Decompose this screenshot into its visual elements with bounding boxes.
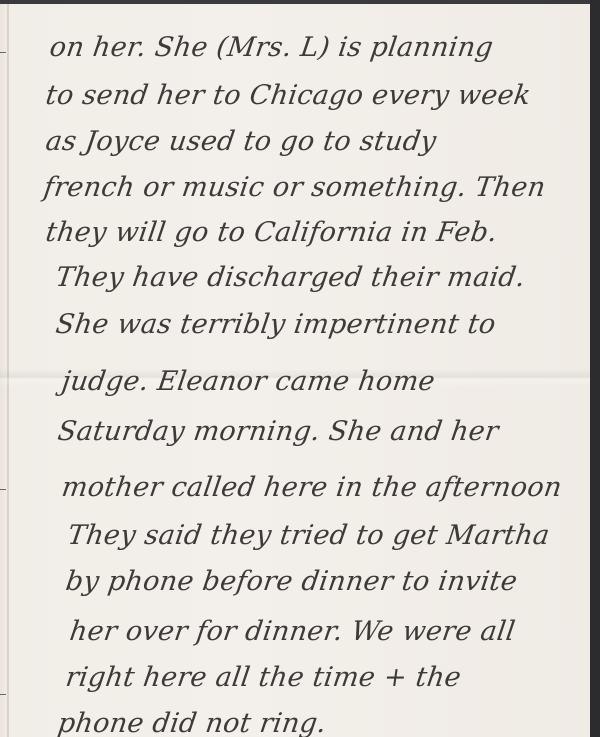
handwritten-line: as Joyce used to go to study: [44, 126, 439, 157]
letter-page: on her. She (Mrs. L) is planning to send…: [0, 4, 590, 737]
handwritten-line: phone did not ring.: [56, 708, 329, 737]
handwritten-line: her over for dinner. We were all: [68, 616, 517, 647]
handwritten-line: They have discharged their maid.: [54, 262, 527, 293]
handwritten-line: on her. She (Mrs. L) is planning: [48, 32, 495, 63]
handwritten-line: by phone before dinner to invite: [64, 566, 520, 597]
margin-mark: [0, 52, 6, 53]
handwritten-line: judge. Eleanor came home: [60, 366, 437, 397]
handwritten-line: Saturday morning. She and her: [56, 416, 501, 447]
handwritten-line: right here all the time + the: [64, 662, 463, 693]
scan-border: [590, 0, 600, 737]
margin-mark: [0, 489, 6, 490]
handwritten-line: to send her to Chicago every week: [44, 80, 533, 111]
margin-mark: [0, 694, 6, 695]
handwritten-line: mother called here in the afternoon: [60, 472, 564, 503]
handwritten-line: they will go to California in Feb.: [44, 217, 500, 248]
handwritten-line: french or music or something. Then: [42, 172, 548, 203]
handwritten-line: They said they tried to get Martha: [66, 520, 552, 551]
handwritten-line: She was terribly impertinent to: [54, 309, 498, 340]
